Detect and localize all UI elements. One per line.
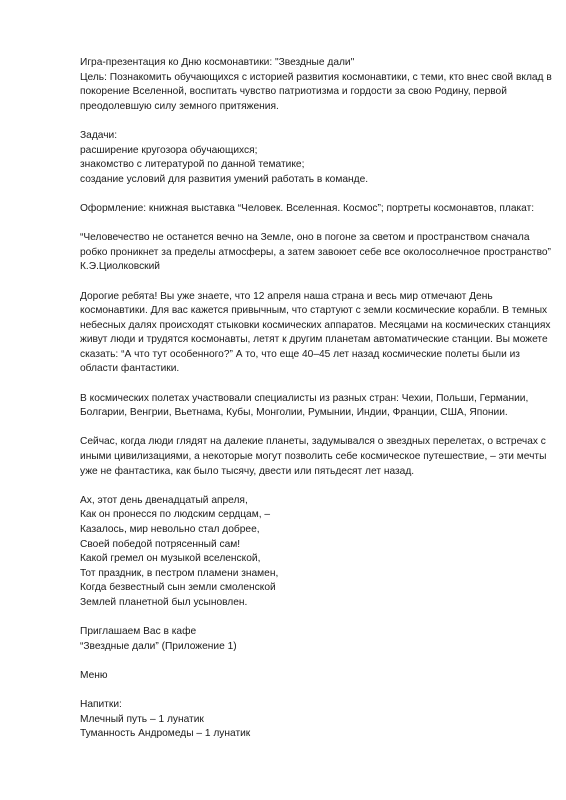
spacer	[80, 654, 532, 669]
spacer	[80, 611, 532, 626]
intro-line: области фантастики.	[80, 362, 532, 377]
menu-heading: Меню	[80, 669, 532, 684]
task-item: создание условий для развития умений раб…	[80, 173, 532, 188]
document-title: Игра-презентация ко Дню космонавтики: "З…	[80, 56, 532, 71]
quote-author: К.Э.Циолковский	[80, 260, 532, 275]
invite-line: “Звездные дали” (Приложение 1)	[80, 640, 532, 655]
countries-line: Болгарии, Венгрии, Вьетнама, Кубы, Монго…	[80, 406, 532, 421]
poem-line: Своей победой потрясенный сам!	[80, 538, 532, 553]
task-item: расширение кругозора обучающихся;	[80, 144, 532, 159]
spacer	[80, 377, 532, 392]
spacer	[80, 275, 532, 290]
document-page: Игра-презентация ко Дню космонавтики: "З…	[80, 56, 532, 742]
goal-line: Цель: Познакомить обучающихся с историей…	[80, 71, 532, 86]
spacer	[80, 114, 532, 129]
spacer	[80, 479, 532, 494]
drink-item: Млечный путь – 1 лунатик	[80, 713, 532, 728]
spacer	[80, 684, 532, 699]
task-item: знакомство с литературой по данной темат…	[80, 158, 532, 173]
poem-line: Как он пронесся по людским сердцам, –	[80, 508, 532, 523]
spacer	[80, 187, 532, 202]
dreams-line: уже не фантастика, как было тысячу, двес…	[80, 465, 532, 480]
quote-line: робко проникнет за пределы атмосферы, а …	[80, 246, 532, 261]
tasks-heading: Задачи:	[80, 129, 532, 144]
intro-line: космонавтики. Для вас кажется привычным,…	[80, 304, 532, 319]
decoration-paragraph: Оформление: книжная выставка “Человек. В…	[80, 202, 532, 217]
invite-line: Приглашаем Вас в кафе	[80, 625, 532, 640]
intro-line: небесных далях происходят стыковки косми…	[80, 319, 532, 334]
poem-line: Казалось, мир невольно стал добрее,	[80, 523, 532, 538]
goal-line: покорение Вселенной, воспитать чувство п…	[80, 85, 532, 100]
poem-line: Какой гремел он музыкой вселенской,	[80, 552, 532, 567]
spacer	[80, 421, 532, 436]
goal-line: преодолевшую силу земного притяжения.	[80, 100, 532, 115]
drink-item: Туманность Андромеды – 1 лунатик	[80, 727, 532, 742]
poem-line: Землей планетной был усыновлен.	[80, 596, 532, 611]
intro-line: живут люди и трудятся космонавты, летят …	[80, 333, 532, 348]
poem-line: Тот праздник, в пестром пламени знамен,	[80, 567, 532, 582]
spacer	[80, 217, 532, 232]
dreams-line: Сейчас, когда люди глядят на далекие пла…	[80, 435, 532, 450]
dreams-line: иными цивилизациями, а некоторые могут п…	[80, 450, 532, 465]
intro-line: сказать: “А что тут особенного?” А то, ч…	[80, 348, 532, 363]
quote-line: “Человечество не останется вечно на Земл…	[80, 231, 532, 246]
poem-line: Ах, этот день двенадцатый апреля,	[80, 494, 532, 509]
intro-line: Дорогие ребята! Вы уже знаете, что 12 ап…	[80, 290, 532, 305]
poem-line: Когда безвестный сын земли смоленской	[80, 581, 532, 596]
drinks-heading: Напитки:	[80, 698, 532, 713]
countries-line: В космических полетах участвовали специа…	[80, 392, 532, 407]
